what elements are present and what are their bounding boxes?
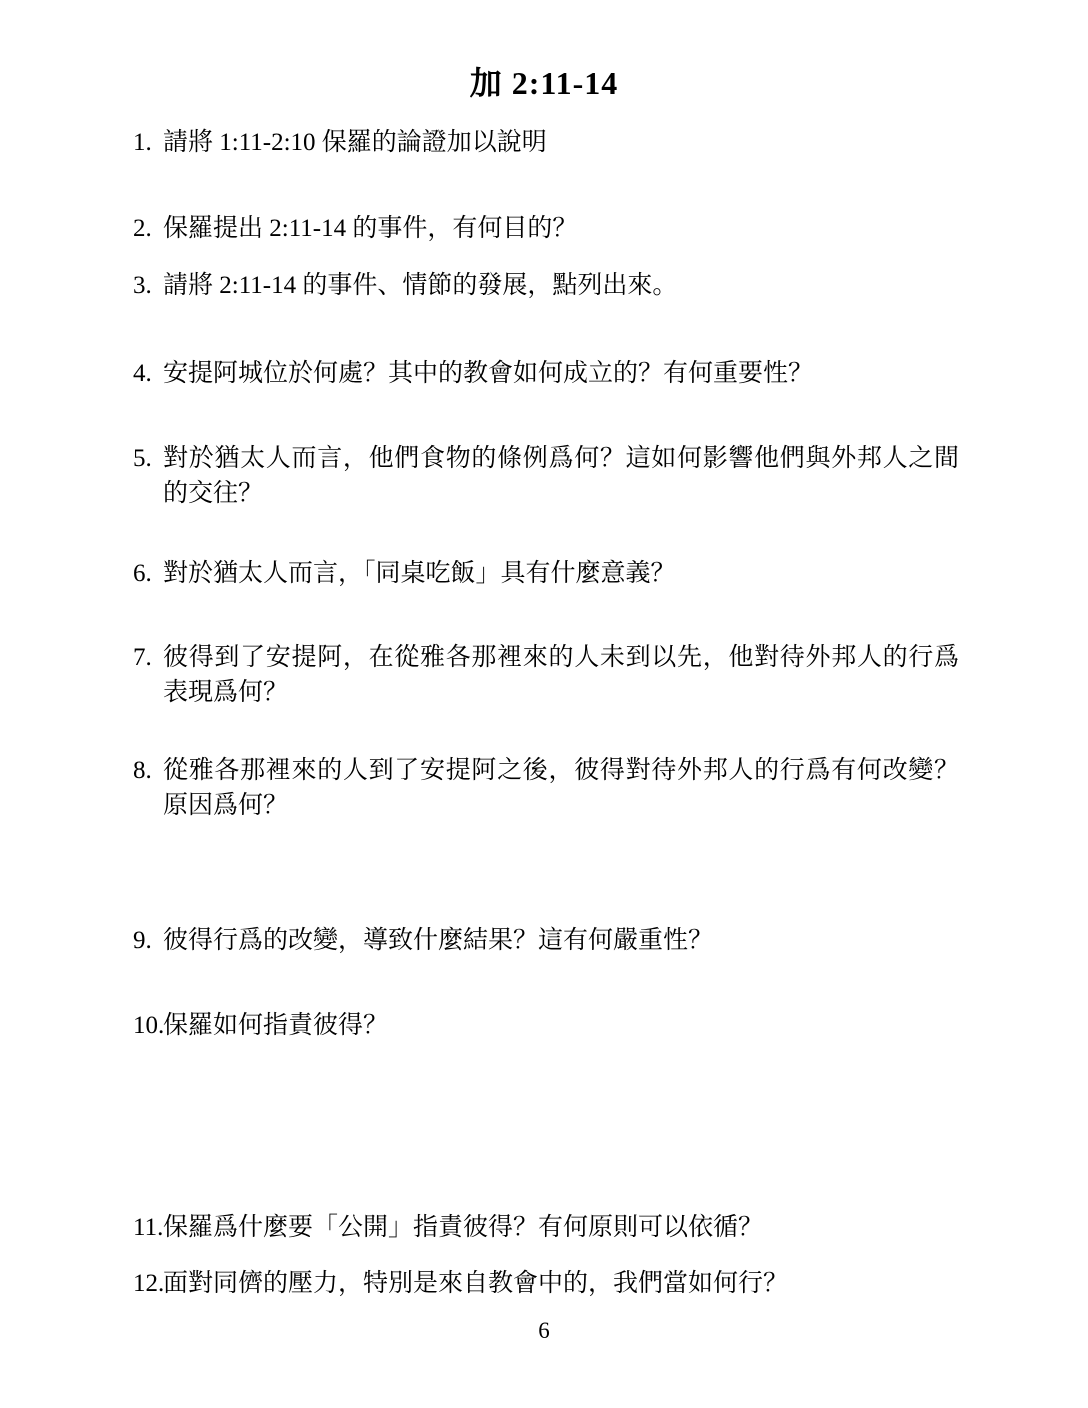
question-number: 11. (133, 1210, 163, 1245)
question-item: 12. 面對同儕的壓力，特別是來自教會中的，我們當如何行？ (133, 1266, 959, 1301)
question-number: 7. (133, 640, 152, 675)
question-number: 8. (133, 753, 152, 788)
question-text: 保羅如何指責彼得？ (163, 1012, 388, 1039)
question-number: 2. (133, 211, 152, 246)
page-number: 6 (0, 1318, 1088, 1344)
question-number: 6. (133, 556, 152, 591)
question-text: 對於猶太人而言，他們食物的條例爲何？這如何影響他們與外邦人之間的交往？ (163, 445, 959, 507)
question-text: 從雅各那裡來的人到了安提阿之後，彼得對待外邦人的行爲有何改變？原因爲何？ (163, 757, 959, 819)
question-number: 5. (133, 441, 152, 476)
document-page: 加 2:11-14 1. 請將 1:11-2:10 保羅的論證加以說明 2. 保… (0, 0, 1088, 1408)
question-item: 7. 彼得到了安提阿，在從雅各那裡來的人未到以先，他對待外邦人的行爲表現爲何？ (133, 640, 959, 710)
question-number: 3. (133, 268, 152, 303)
question-item: 4. 安提阿城位於何處？其中的教會如何成立的？有何重要性？ (133, 356, 959, 391)
question-text: 請將 1:11-2:10 保羅的論證加以說明 (163, 129, 547, 156)
question-text: 彼得到了安提阿，在從雅各那裡來的人未到以先，他對待外邦人的行爲表現爲何？ (163, 644, 959, 706)
question-number: 1. (133, 125, 152, 160)
question-text: 保羅提出 2:11-14 的事件，有何目的？ (163, 215, 577, 242)
question-text: 安提阿城位於何處？其中的教會如何成立的？有何重要性？ (163, 360, 813, 387)
question-item: 9. 彼得行爲的改變，導致什麼結果？這有何嚴重性？ (133, 923, 959, 958)
question-text: 保羅爲什麼要「公開」指責彼得？有何原則可以依循？ (163, 1214, 763, 1241)
question-number: 4. (133, 356, 152, 391)
page-title: 加 2:11-14 (0, 58, 1088, 104)
question-number: 12. (133, 1266, 164, 1301)
question-item: 8. 從雅各那裡來的人到了安提阿之後，彼得對待外邦人的行爲有何改變？原因爲何？ (133, 753, 959, 823)
question-item: 3. 請將 2:11-14 的事件、情節的發展，點列出來。 (133, 268, 959, 303)
question-text: 對於猶太人而言，「同桌吃飯」具有什麼意義？ (163, 560, 676, 587)
question-item: 2. 保羅提出 2:11-14 的事件，有何目的？ (133, 211, 959, 246)
question-item: 6. 對於猶太人而言，「同桌吃飯」具有什麼意義？ (133, 556, 959, 591)
question-text: 請將 2:11-14 的事件、情節的發展，點列出來。 (163, 272, 677, 299)
question-number: 9. (133, 923, 152, 958)
question-text: 面對同儕的壓力，特別是來自教會中的，我們當如何行？ (163, 1270, 788, 1297)
question-item: 11. 保羅爲什麼要「公開」指責彼得？有何原則可以依循？ (133, 1210, 959, 1245)
question-number: 10. (133, 1008, 164, 1043)
question-item: 1. 請將 1:11-2:10 保羅的論證加以說明 (133, 125, 959, 160)
question-text: 彼得行爲的改變，導致什麼結果？這有何嚴重性？ (163, 927, 713, 954)
question-item: 5. 對於猶太人而言，他們食物的條例爲何？這如何影響他們與外邦人之間的交往？ (133, 441, 959, 511)
question-item: 10. 保羅如何指責彼得？ (133, 1008, 959, 1043)
